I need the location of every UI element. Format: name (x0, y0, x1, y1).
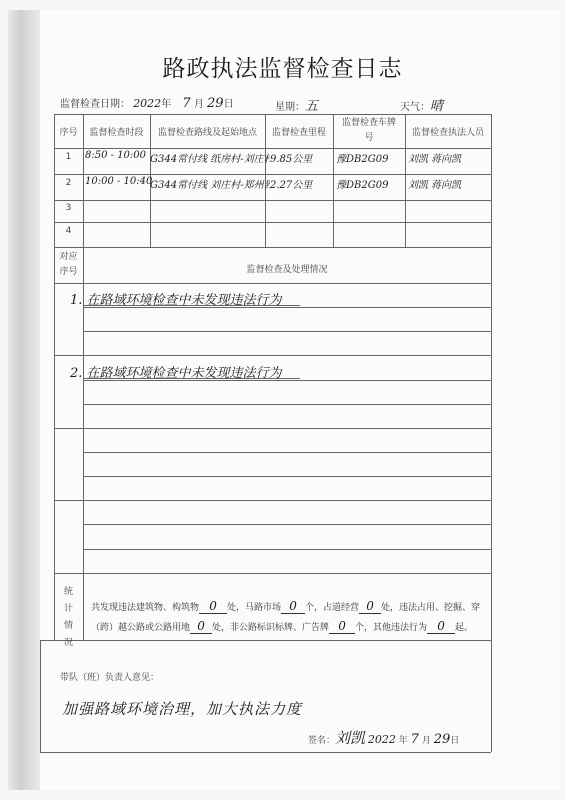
date-year: 2022 (133, 97, 161, 110)
stat-text: 个，占道经营 (305, 603, 359, 613)
stat-text: 个，其他违法行为 (355, 623, 427, 633)
situation-entry-2: 2. 在路域环境检查中未发现违法行为 (70, 362, 282, 381)
grid-line (83, 452, 491, 453)
grid-line (83, 331, 491, 332)
stat-text: 处，违法占用、挖掘、穿 (381, 603, 480, 613)
grid-line (54, 148, 491, 149)
cell-no: 1 (54, 152, 83, 162)
sign-month-unit: 月 (422, 736, 431, 746)
stat-label-char: 情 (54, 618, 83, 635)
stat-label-char: 统 (54, 584, 83, 601)
date-month: 7 (182, 96, 190, 111)
opinion-text: 加强路域环境治理，加大执法力度 (62, 698, 302, 719)
signature: 刘凯 (335, 729, 365, 747)
stat-signs: 0 (329, 619, 355, 634)
stat-label-char: 况 (54, 635, 83, 652)
year-unit: 年 (161, 99, 171, 110)
date-label: 监督检查日期： (60, 99, 130, 110)
stat-street-business: 0 (359, 599, 381, 614)
cell-staff: 刘凯 蒋向凯 (408, 176, 494, 191)
month-unit: 月 (194, 99, 204, 110)
stat-label-char: 计 (54, 601, 83, 618)
opinion-label: 带队（班）负责人意见： (60, 670, 159, 683)
grid-line (491, 114, 492, 752)
grid-line (40, 752, 491, 753)
header-time: 监督检查时段 (83, 125, 150, 138)
weather-label: 天气： (400, 102, 430, 113)
header-no: 序号 (54, 125, 83, 138)
left-header-line2: 序号 (54, 265, 83, 280)
cell-mileage: 2.27公里 (270, 176, 336, 191)
stat-text: （跨）越公路或公路用地 (91, 623, 190, 633)
situation-entry-1: 1. 在路域环境检查中未发现违法行为 (70, 289, 282, 308)
cell-plate: 豫DB2G09 (336, 176, 406, 191)
sign-year-unit: 年 (399, 736, 408, 746)
weekday-value: 五 (305, 99, 318, 115)
sign-month: 7 (411, 732, 419, 747)
date-field: 监督检查日期： 2022年 7 月 29日 (60, 95, 234, 111)
grid-line (54, 500, 491, 501)
weather-value: 晴 (430, 99, 443, 114)
cell-no: 3 (54, 203, 83, 213)
grid-line (54, 428, 491, 429)
statistics-text: 共发现违法建筑物、构筑物0处，马路市场0个，占道经营0处，违法占用、挖掘、穿 （… (91, 598, 491, 638)
header-staff: 监督检查执法人员 (405, 125, 491, 138)
weather-field: 天气：晴 (400, 95, 443, 114)
day-unit: 日 (224, 99, 234, 110)
situation-left-header: 对应 序号 (54, 250, 83, 280)
stat-road-occupation: 0 (190, 619, 212, 634)
grid-line (83, 476, 491, 477)
header-route: 监督检查路线及起始地点 (150, 125, 265, 138)
stat-text: 处，马路市场 (227, 603, 281, 613)
cell-mileage: 9.85公里 (270, 150, 336, 165)
grid-line (40, 640, 54, 641)
sign-year: 2022 (368, 733, 396, 746)
cell-time: 10:00 - 10:40 (85, 176, 155, 187)
scan-shadow (8, 10, 40, 790)
grid-line (54, 114, 55, 640)
grid-line (54, 114, 491, 115)
statistics-label: 统 计 情 况 (54, 584, 83, 652)
cell-no: 4 (54, 226, 83, 236)
situation-header: 监督检查及处理情况 (83, 262, 491, 275)
sign-day-unit: 日 (450, 736, 459, 746)
stat-markets: 0 (281, 599, 305, 614)
grid-line (54, 640, 491, 641)
grid-line (83, 549, 491, 550)
grid-line (54, 200, 491, 201)
cell-route: G344常付线 刘庄村-郑州界 (150, 176, 270, 191)
weekday-field: 星期：五 (275, 95, 318, 114)
stat-text: 起。 (455, 623, 473, 633)
cell-no: 2 (54, 178, 83, 188)
grid-line (54, 247, 491, 248)
stat-text: 处，非公路标识标牌、广告牌 (212, 623, 329, 633)
grid-line (54, 283, 491, 284)
grid-line (54, 573, 491, 574)
stat-text: 共发现违法建筑物、构筑物 (91, 603, 199, 613)
grid-line (54, 174, 491, 175)
grid-line (83, 524, 491, 525)
stat-buildings: 0 (199, 599, 227, 614)
grid-line (83, 404, 491, 405)
stat-other: 0 (427, 619, 455, 634)
header-plate: 监督检查车牌号 (338, 116, 400, 146)
page-title: 路政执法监督检查日志 (0, 50, 565, 83)
cell-time: 8:50 - 10:00 (85, 150, 155, 161)
date-day: 29 (207, 96, 224, 111)
cell-route: G344常付线 纸房村-刘庄村 (150, 150, 270, 165)
signature-label: 签名： (308, 736, 335, 746)
grid-line (54, 222, 491, 223)
grid-line (54, 355, 491, 356)
weekday-label: 星期： (275, 102, 305, 113)
cell-staff: 刘凯 蒋向凯 (408, 150, 494, 165)
signature-line: 签名：刘凯 2022 年 7 月 29日 (308, 727, 459, 748)
header-mileage: 监督检查里程 (265, 125, 333, 138)
cell-plate: 豫DB2G09 (336, 150, 406, 165)
left-header-line1: 对应 (54, 250, 83, 265)
grid-line (40, 640, 41, 752)
sign-day: 29 (434, 732, 451, 747)
